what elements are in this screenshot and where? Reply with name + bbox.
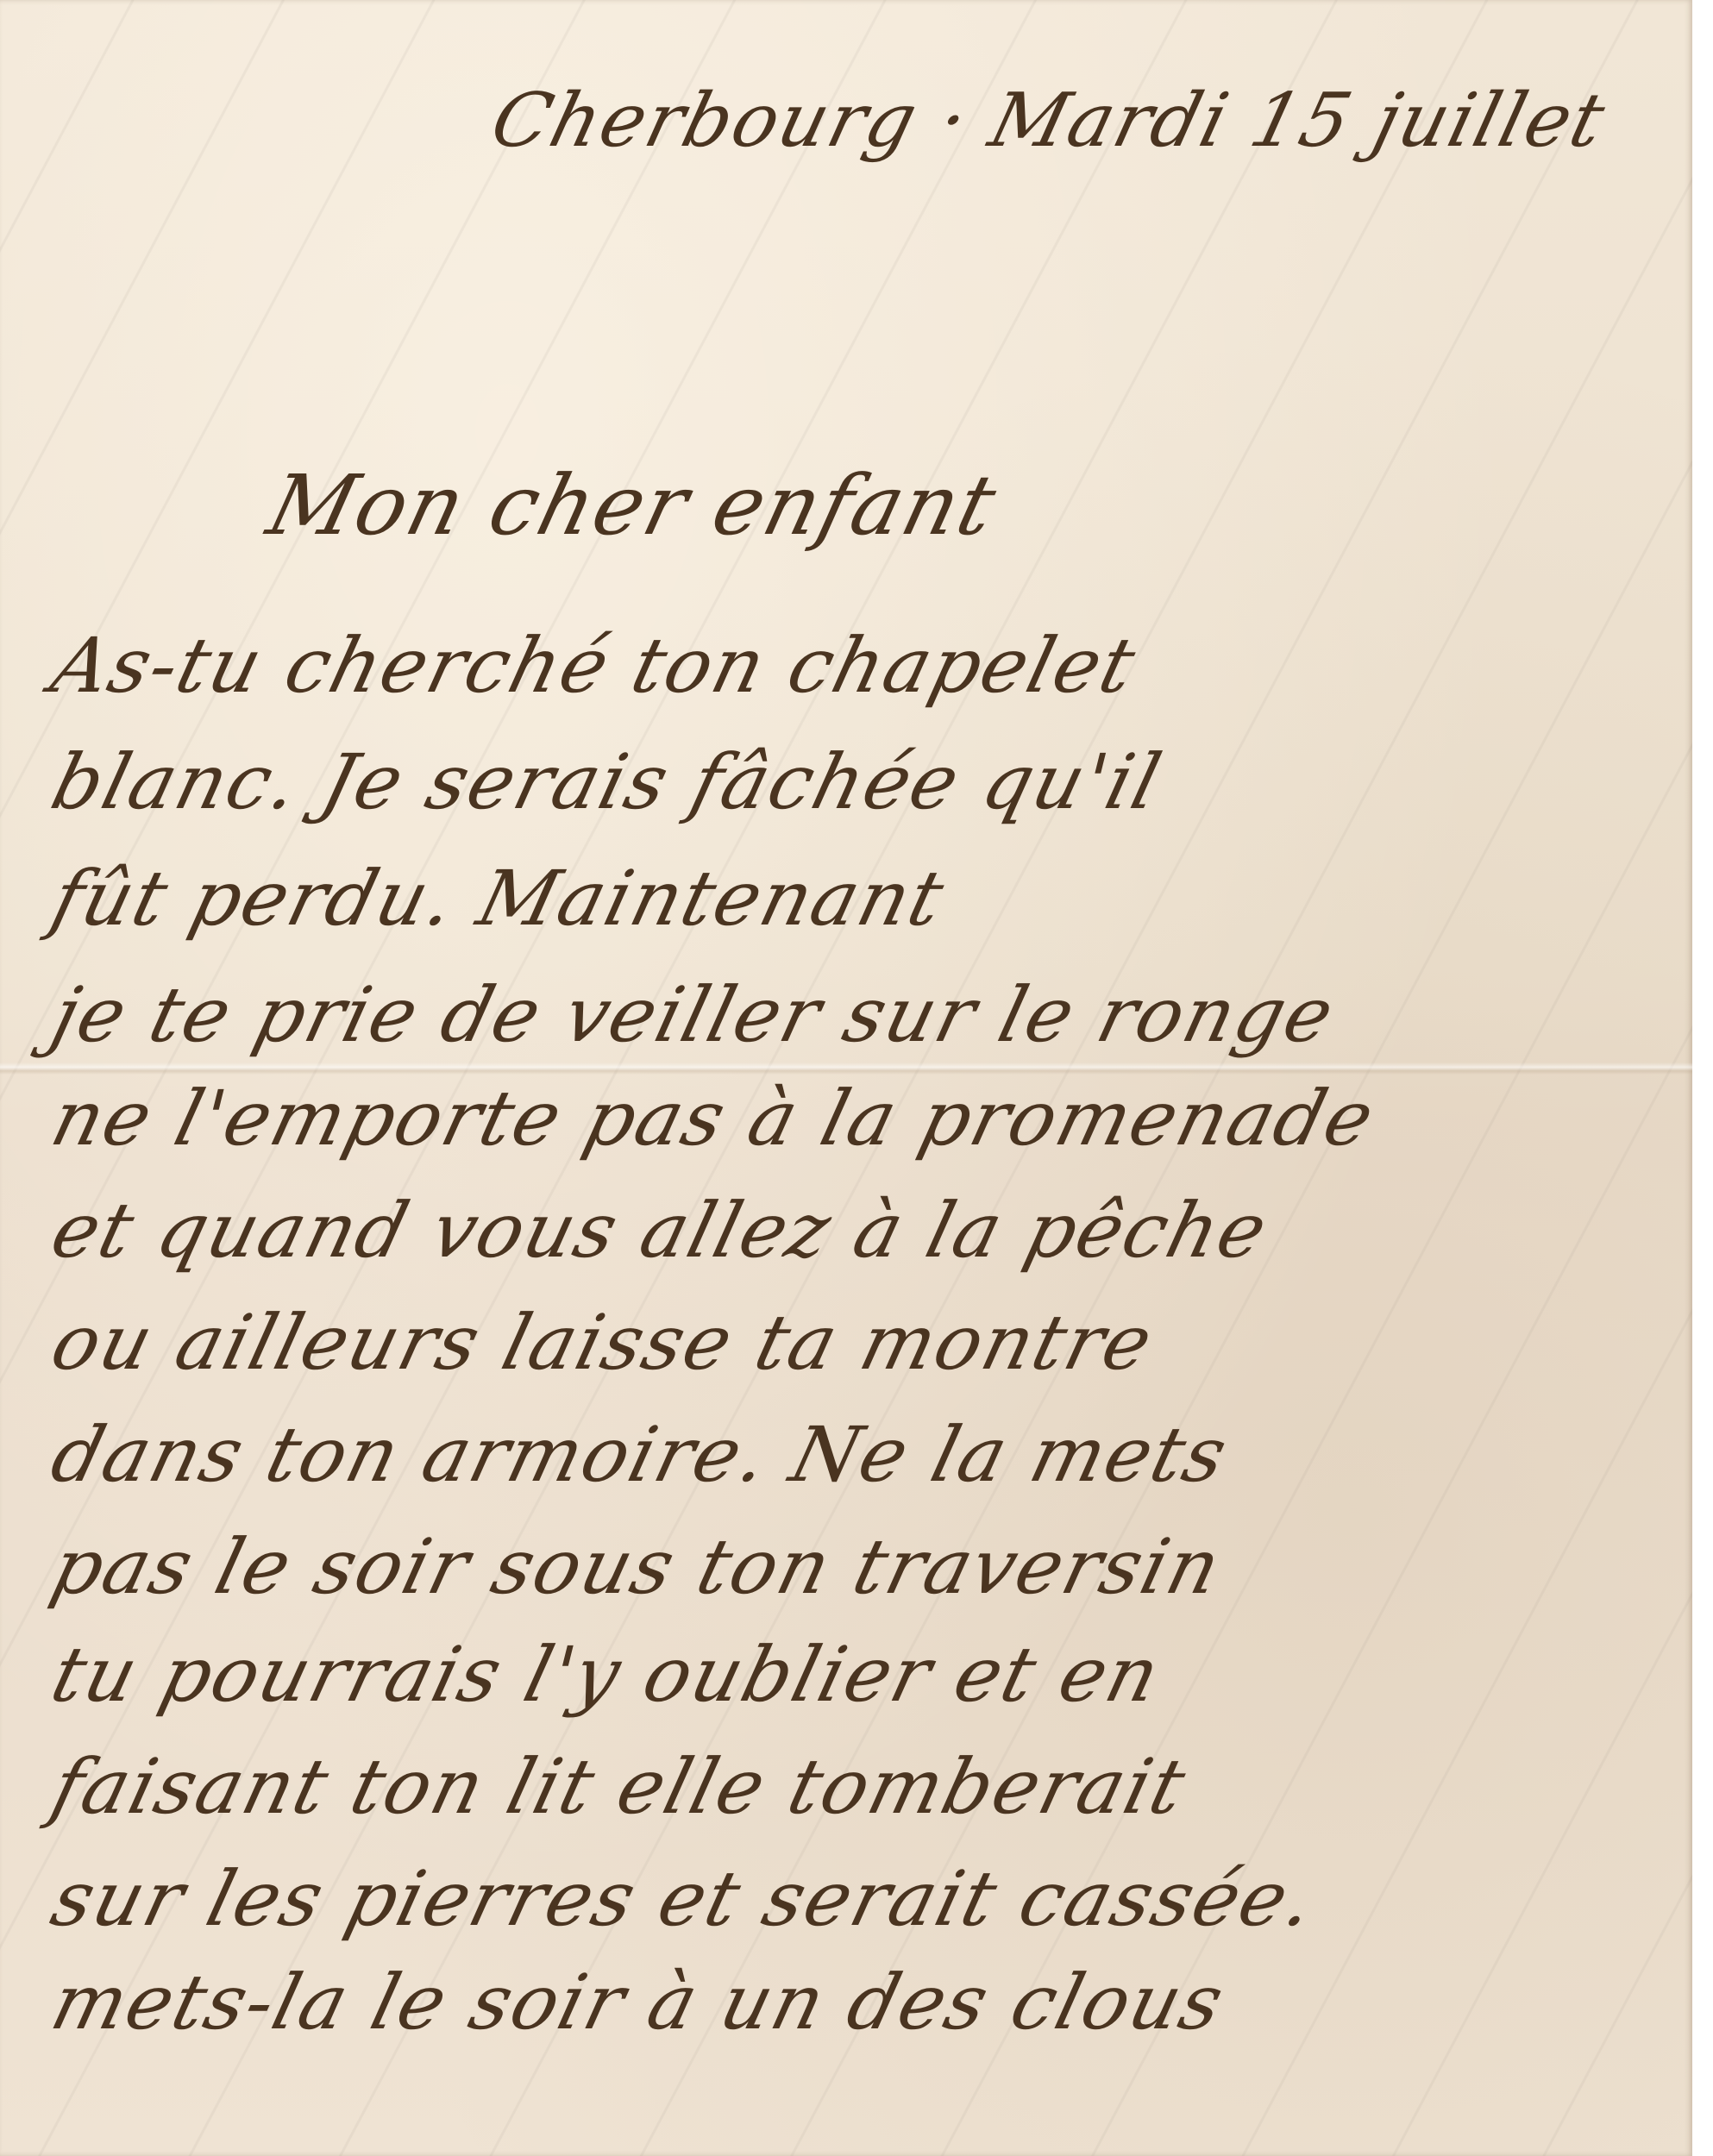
letter-line-12: sur les pierres et serait cassée. [43, 1854, 1325, 1943]
letter-line-9: pas le soir sous ton traversin [43, 1522, 1231, 1611]
letter-line-4: je te prie de veiller sur le ronge [43, 970, 1344, 1059]
letter-line-2: blanc. Je serais fâchée qu'il [43, 737, 1171, 826]
letter-line-7: ou ailleurs laisse ta montre [43, 1298, 1163, 1387]
letter-line-3: fût perdu. Maintenant [43, 854, 954, 943]
letter-line-13: mets-la le soir à un des clous [43, 1958, 1233, 2046]
letter-line-6: et quand vous allez à la pêche [43, 1186, 1277, 1275]
place-date-heading: Cherbourg · Mardi 15 juillet [483, 78, 1615, 164]
letter-line-10: tu pourrais l'y oublier et en [43, 1630, 1170, 1719]
letter-line-1: As-tu cherché ton chapelet [43, 621, 1145, 710]
fold-crease [0, 1062, 1692, 1075]
letter-line-11: faisant ton lit elle tomberait [43, 1742, 1195, 1831]
salutation: Mon cher enfant [259, 457, 1007, 554]
letter-page: Cherbourg · Mardi 15 juillet Mon cher en… [0, 0, 1692, 2156]
letter-line-5: ne l'emporte pas à la promenade [43, 1074, 1384, 1163]
letter-line-8: dans ton armoire. Ne la mets [43, 1410, 1237, 1499]
